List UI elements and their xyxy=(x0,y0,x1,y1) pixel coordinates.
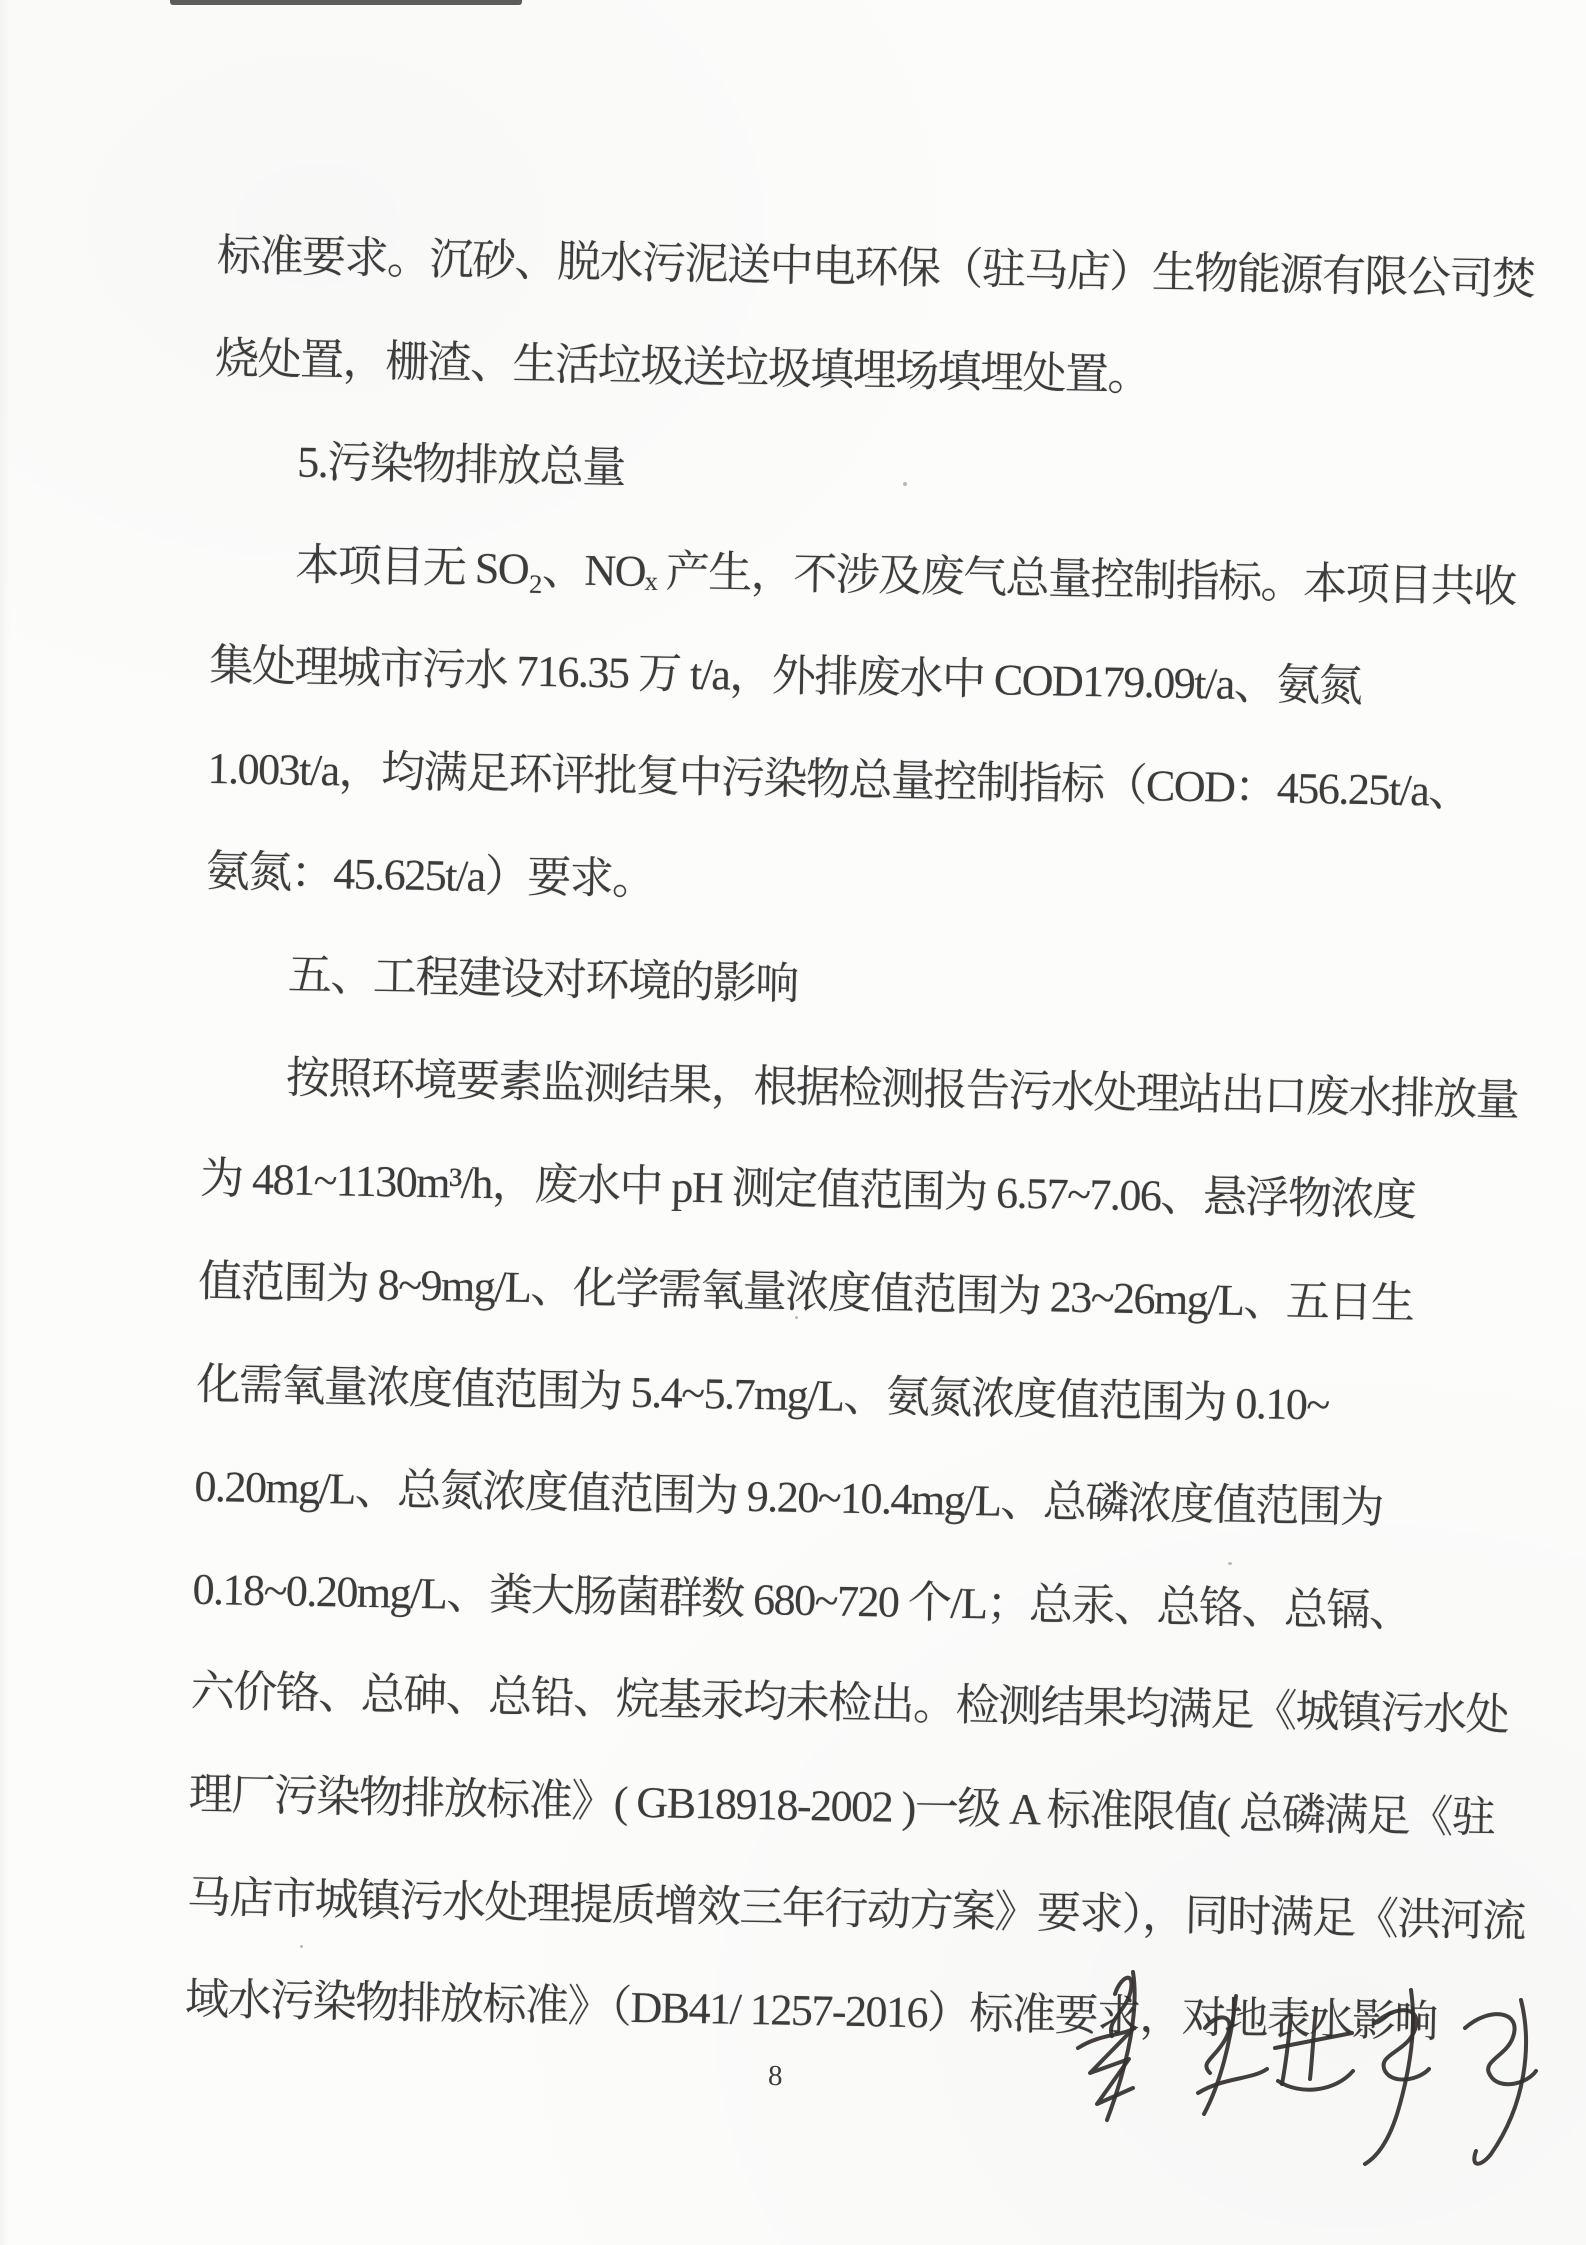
handwritten-signature xyxy=(1020,1952,1565,2197)
scan-edge-artifact xyxy=(170,0,522,5)
scanned-document-page: 标准要求。沉砂、脱水污泥送中电环保（驻马店）生物能源有限公司焚 烧处置，栅渣、生… xyxy=(0,0,1586,2245)
body-text-block: 标准要求。沉砂、脱水污泥送中电环保（驻马店）生物能源有限公司焚 烧处置，栅渣、生… xyxy=(184,205,1488,2075)
page-number: 8 xyxy=(768,2060,783,2093)
signature-ink xyxy=(1020,1952,1565,2197)
